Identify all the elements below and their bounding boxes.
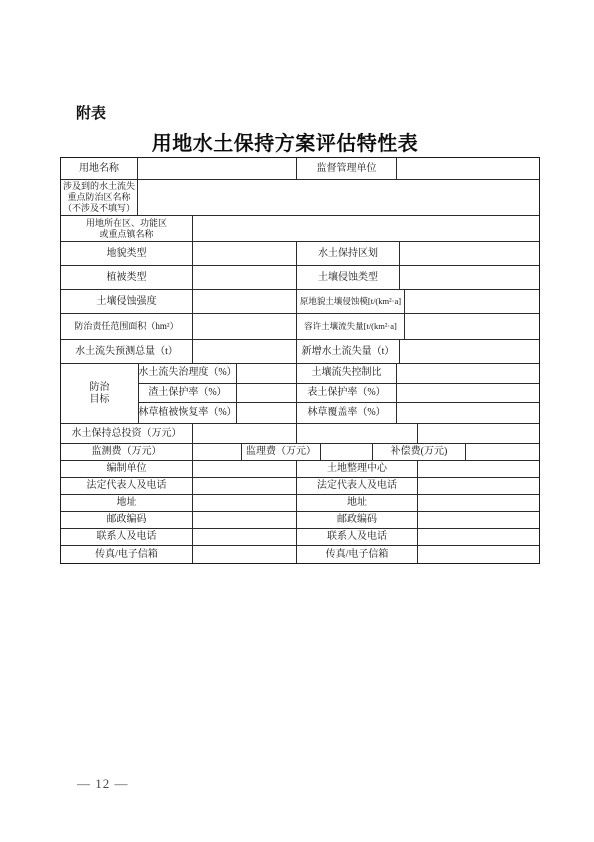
responsibility-area-field (193, 314, 297, 339)
table-row: 地址 地址 (61, 495, 539, 512)
fax-email-right-field (418, 546, 539, 563)
label-postcode-left: 邮政编码 (61, 512, 193, 528)
address-right-field (418, 495, 539, 511)
label-site-name: 用地名称 (61, 158, 138, 179)
table-row: 用地所在区、功能区 或重点镇名称 (61, 216, 539, 242)
key-prevention-zone-field (138, 180, 539, 215)
fax-email-left-field (193, 546, 297, 563)
table-row: 渣土保护率（%） 表土保护率（%） (139, 384, 539, 404)
monitoring-fee-field (193, 444, 242, 460)
label-compensation-fee: 补偿费(万元) (373, 444, 466, 460)
label-prevention-target: 防治 目标 (61, 364, 139, 423)
label-address-left: 地址 (61, 495, 193, 511)
vegetation-recovery-rate-field (237, 403, 297, 423)
table-row: 地貌类型 水土保持区划 (61, 242, 539, 266)
total-investment-field-3 (418, 424, 539, 443)
table-row: 防治责任范围面积（hm²） 容许土壤流失量[t/(km²·a] (61, 314, 539, 340)
label-vegetation-recovery-rate: 林草植被恢复率（%） (139, 403, 237, 423)
postcode-left-field (193, 512, 297, 528)
label-line: 涉及到的水土流失 (63, 181, 135, 192)
contact-right-field (418, 529, 539, 545)
table-row: 用地名称 监督管理单位 (61, 158, 539, 180)
supervising-unit-field (397, 158, 539, 179)
label-spoil-protection-rate: 渣土保护率（%） (139, 384, 237, 403)
label-supervision-fee: 监理费（万元） (242, 444, 321, 460)
label-allowable-soil-loss: 容许土壤流失量[t/(km²·a] (297, 314, 405, 339)
compensation-fee-field (466, 444, 539, 460)
spoil-protection-rate-field (237, 384, 297, 403)
label-contact-left: 联系人及电话 (61, 529, 193, 545)
label-predicted-total-loss: 水土流失预测总量（t） (61, 340, 193, 363)
scanned-form-page: { "page": { "annex_label": "附表", "title"… (0, 0, 594, 842)
label-compiling-unit: 编制单位 (61, 461, 193, 477)
site-name-field (138, 158, 297, 179)
new-soil-loss-field (400, 340, 539, 363)
original-erosion-modulus-field (405, 290, 539, 313)
loss-control-ratio-field (397, 364, 539, 383)
forest-grass-coverage-field (397, 403, 539, 423)
table-row: 林草植被恢复率（%） 林草覆盖率（%） (139, 403, 539, 423)
label-legal-rep-right: 法定代表人及电话 (297, 478, 418, 494)
table-row: 土壤侵蚀强度 原地貌土壤侵蚀模[t/(km²·a] (61, 290, 539, 314)
label-new-soil-loss: 新增水土流失量（t） (297, 340, 400, 363)
label-soil-erosion-type: 土壤侵蚀类型 (297, 266, 400, 289)
label-swc-zoning: 水土保持区划 (297, 242, 400, 265)
vegetation-type-field (193, 266, 297, 289)
label-forest-grass-coverage: 林草覆盖率（%） (297, 403, 397, 423)
treatment-degree-field (237, 364, 297, 383)
soil-erosion-intensity-field (193, 290, 297, 313)
label-loss-control-ratio: 土壤流失控制比 (297, 364, 397, 383)
label-responsibility-area: 防治责任范围面积（hm²） (61, 314, 193, 339)
table-row: 传真/电子信箱 传真/电子信箱 (61, 546, 539, 563)
label-soil-erosion-intensity: 土壤侵蚀强度 (61, 290, 193, 313)
label-contact-right: 联系人及电话 (297, 529, 418, 545)
page-number: — 12 — (77, 776, 129, 792)
label-supervising-unit: 监督管理单位 (297, 158, 397, 179)
evaluation-form-table: 用地名称 监督管理单位 涉及到的水土流失 重点防治区名称 （不涉及不填写） 用地… (60, 157, 540, 564)
table-row: 联系人及电话 联系人及电话 (61, 529, 539, 546)
table-row: 法定代表人及电话 法定代表人及电话 (61, 478, 539, 495)
label-fax-email-right: 传真/电子信箱 (297, 546, 418, 563)
table-row: 水土流失治理度（%） 土壤流失控制比 (139, 364, 539, 384)
label-line: 或重点镇名称 (99, 229, 153, 240)
postcode-right-field (418, 512, 539, 528)
soil-erosion-type-field (400, 266, 539, 289)
address-left-field (193, 495, 297, 511)
swc-zoning-field (400, 242, 539, 265)
label-line: 防治 (90, 382, 110, 394)
label-topsoil-protection-rate: 表土保护率（%） (297, 384, 397, 403)
table-row: 水土流失预测总量（t） 新增水土流失量（t） (61, 340, 539, 364)
legal-rep-right-field (418, 478, 539, 494)
label-key-prevention-zone: 涉及到的水土流失 重点防治区名称 （不涉及不填写） (61, 180, 138, 215)
landform-type-field (193, 242, 297, 265)
annex-label: 附表 (76, 102, 106, 123)
label-line: 用地所在区、功能区 (86, 218, 167, 229)
table-row: 监测费（万元） 监理费（万元） 补偿费(万元) (61, 444, 539, 461)
prevention-target-rows: 水土流失治理度（%） 土壤流失控制比 渣土保护率（%） 表土保护率（%） 林草植… (139, 364, 539, 423)
land-center-field (418, 461, 539, 477)
table-row: 植被类型 土壤侵蚀类型 (61, 266, 539, 290)
label-district: 用地所在区、功能区 或重点镇名称 (61, 216, 193, 241)
label-landform-type: 地貌类型 (61, 242, 193, 265)
topsoil-protection-rate-field (397, 384, 539, 403)
label-monitoring-fee: 监测费（万元） (61, 444, 193, 460)
compiling-unit-field (193, 461, 297, 477)
label-fax-email-left: 传真/电子信箱 (61, 546, 193, 563)
label-vegetation-type: 植被类型 (61, 266, 193, 289)
table-row: 水土保持总投资（万元） (61, 424, 539, 444)
label-land-center: 土地整理中心 (297, 461, 418, 477)
label-line: （不涉及不填写） (63, 203, 135, 214)
label-treatment-degree: 水土流失治理度（%） (139, 364, 237, 383)
label-legal-rep-left: 法定代表人及电话 (61, 478, 193, 494)
legal-rep-left-field (193, 478, 297, 494)
label-original-erosion-modulus: 原地貌土壤侵蚀模[t/(km²·a] (297, 290, 405, 313)
label-address-right: 地址 (297, 495, 418, 511)
district-field (193, 216, 539, 241)
total-investment-field (193, 424, 297, 443)
label-total-investment: 水土保持总投资（万元） (61, 424, 193, 443)
predicted-total-loss-field (193, 340, 297, 363)
prevention-target-block: 防治 目标 水土流失治理度（%） 土壤流失控制比 渣土保护率（%） 表土保护率（… (61, 364, 539, 424)
table-row: 编制单位 土地整理中心 (61, 461, 539, 478)
total-investment-field-2 (297, 424, 418, 443)
table-row: 涉及到的水土流失 重点防治区名称 （不涉及不填写） (61, 180, 539, 216)
supervision-fee-field (321, 444, 373, 460)
table-row: 邮政编码 邮政编码 (61, 512, 539, 529)
page-title: 用地水土保持方案评估特性表 (152, 127, 419, 156)
label-line: 目标 (90, 394, 110, 406)
allowable-soil-loss-field (405, 314, 539, 339)
label-line: 重点防治区名称 (67, 192, 130, 203)
label-postcode-right: 邮政编码 (297, 512, 418, 528)
contact-left-field (193, 529, 297, 545)
